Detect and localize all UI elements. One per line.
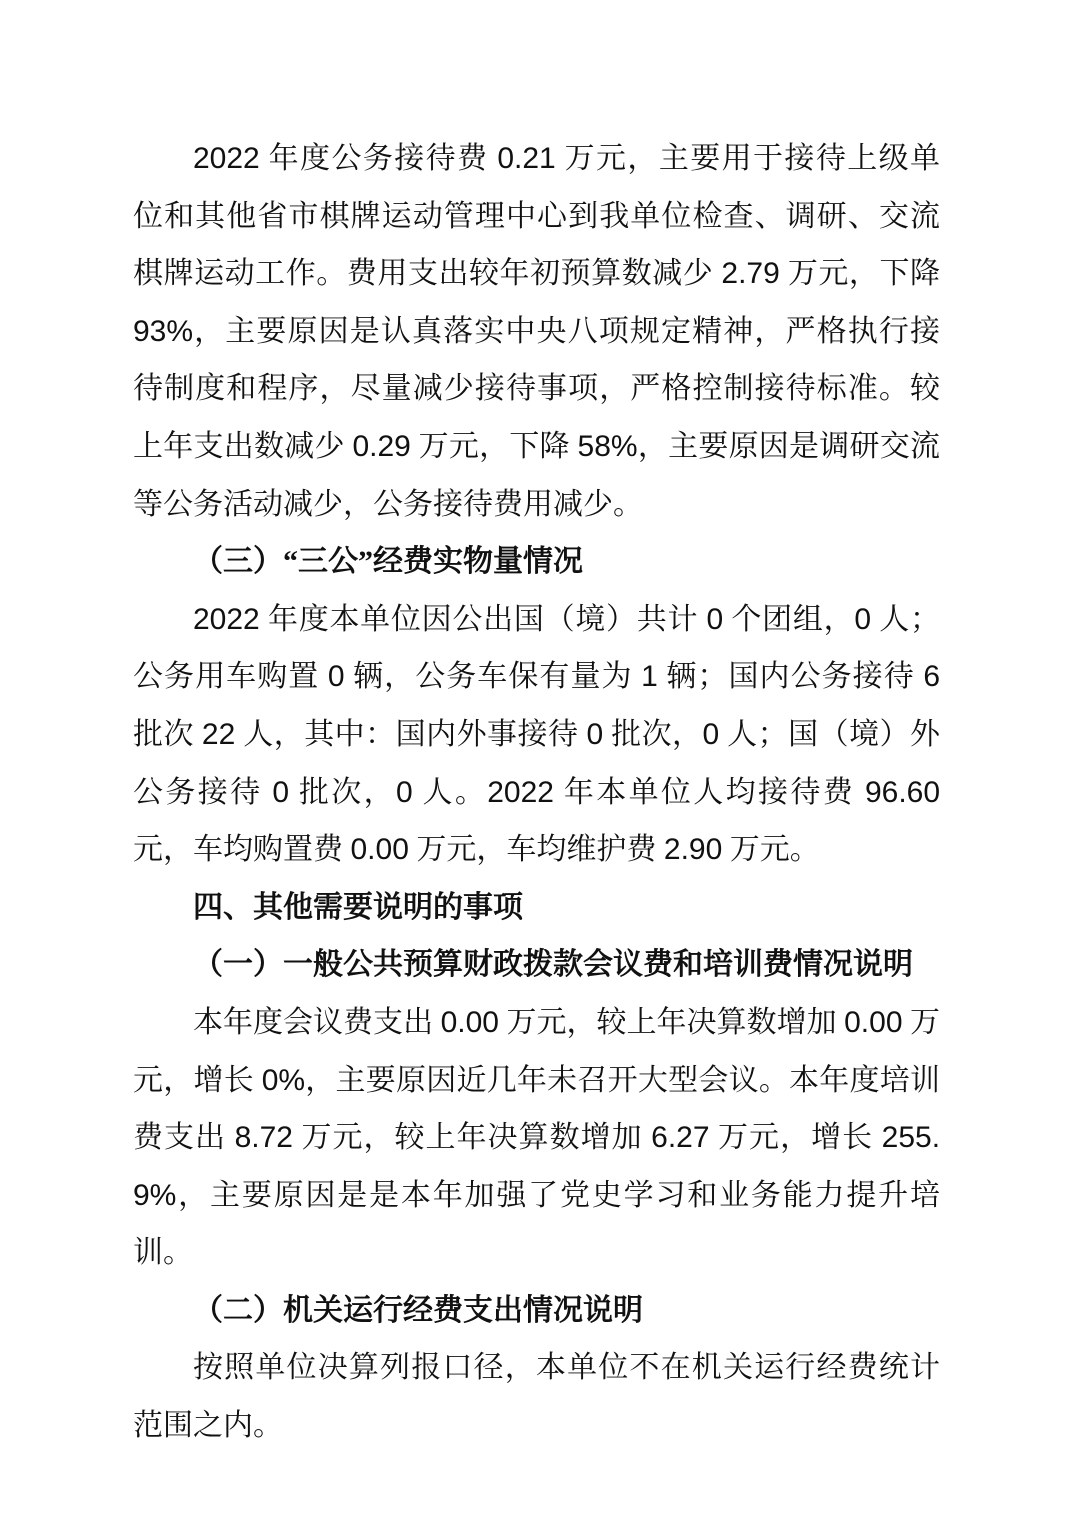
numeric-value: 0: [328, 660, 345, 693]
numeric-value: 8.72: [235, 1121, 293, 1154]
numeric-value: 0: [707, 603, 724, 636]
numeric-value: 2.79: [721, 257, 779, 290]
numeric-value: 0: [272, 776, 289, 809]
numeric-value: 2022: [487, 776, 554, 809]
numeric-value: 96.60: [865, 776, 940, 809]
numeric-value: 0%: [262, 1064, 305, 1097]
numeric-value: 2.90: [664, 833, 722, 866]
body-paragraph: 按照单位决算列报口径，本单位不在机关运行经费统计范围之内。: [133, 1339, 940, 1454]
numeric-value: 0.00: [441, 1006, 499, 1039]
body-paragraph: 2022 年度本单位因公出国（境）共计 0 个团组，0 人；公务用车购置 0 辆…: [133, 591, 940, 879]
numeric-value: 22: [202, 718, 235, 751]
numeric-value: 0: [854, 603, 871, 636]
numeric-value: 2022: [193, 142, 260, 175]
section-heading: 四、其他需要说明的事项: [133, 879, 940, 937]
body-paragraph: 本年度会议费支出 0.00 万元，较上年决算数增加 0.00 万元，增长 0%，…: [133, 994, 940, 1282]
numeric-value: 6.27: [651, 1121, 709, 1154]
numeric-value: 93%: [133, 315, 193, 348]
numeric-value: 0: [586, 718, 603, 751]
subsection-heading: （三）“三公”经费实物量情况: [133, 533, 940, 591]
numeric-value: 0.00: [351, 833, 409, 866]
numeric-value: 0.21: [497, 142, 555, 175]
numeric-value: 0.29: [352, 430, 410, 463]
numeric-value: 0: [396, 776, 413, 809]
numeric-value: 6: [923, 660, 940, 693]
numeric-value: 2022: [193, 603, 260, 636]
numeric-value: 0: [703, 718, 720, 751]
subsection-heading: （一）一般公共预算财政拨款会议费和培训费情况说明: [133, 936, 940, 994]
numeric-value: 1: [641, 660, 658, 693]
body-paragraph: 2022 年度公务接待费 0.21 万元，主要用于接待上级单位和其他省市棋牌运动…: [133, 130, 940, 533]
subsection-heading: （二）机关运行经费支出情况说明: [133, 1282, 940, 1340]
document-page: 2022 年度公务接待费 0.21 万元，主要用于接待上级单位和其他省市棋牌运动…: [0, 0, 1074, 1520]
numeric-value: 58%: [578, 430, 638, 463]
numeric-value: 0.00: [844, 1006, 902, 1039]
